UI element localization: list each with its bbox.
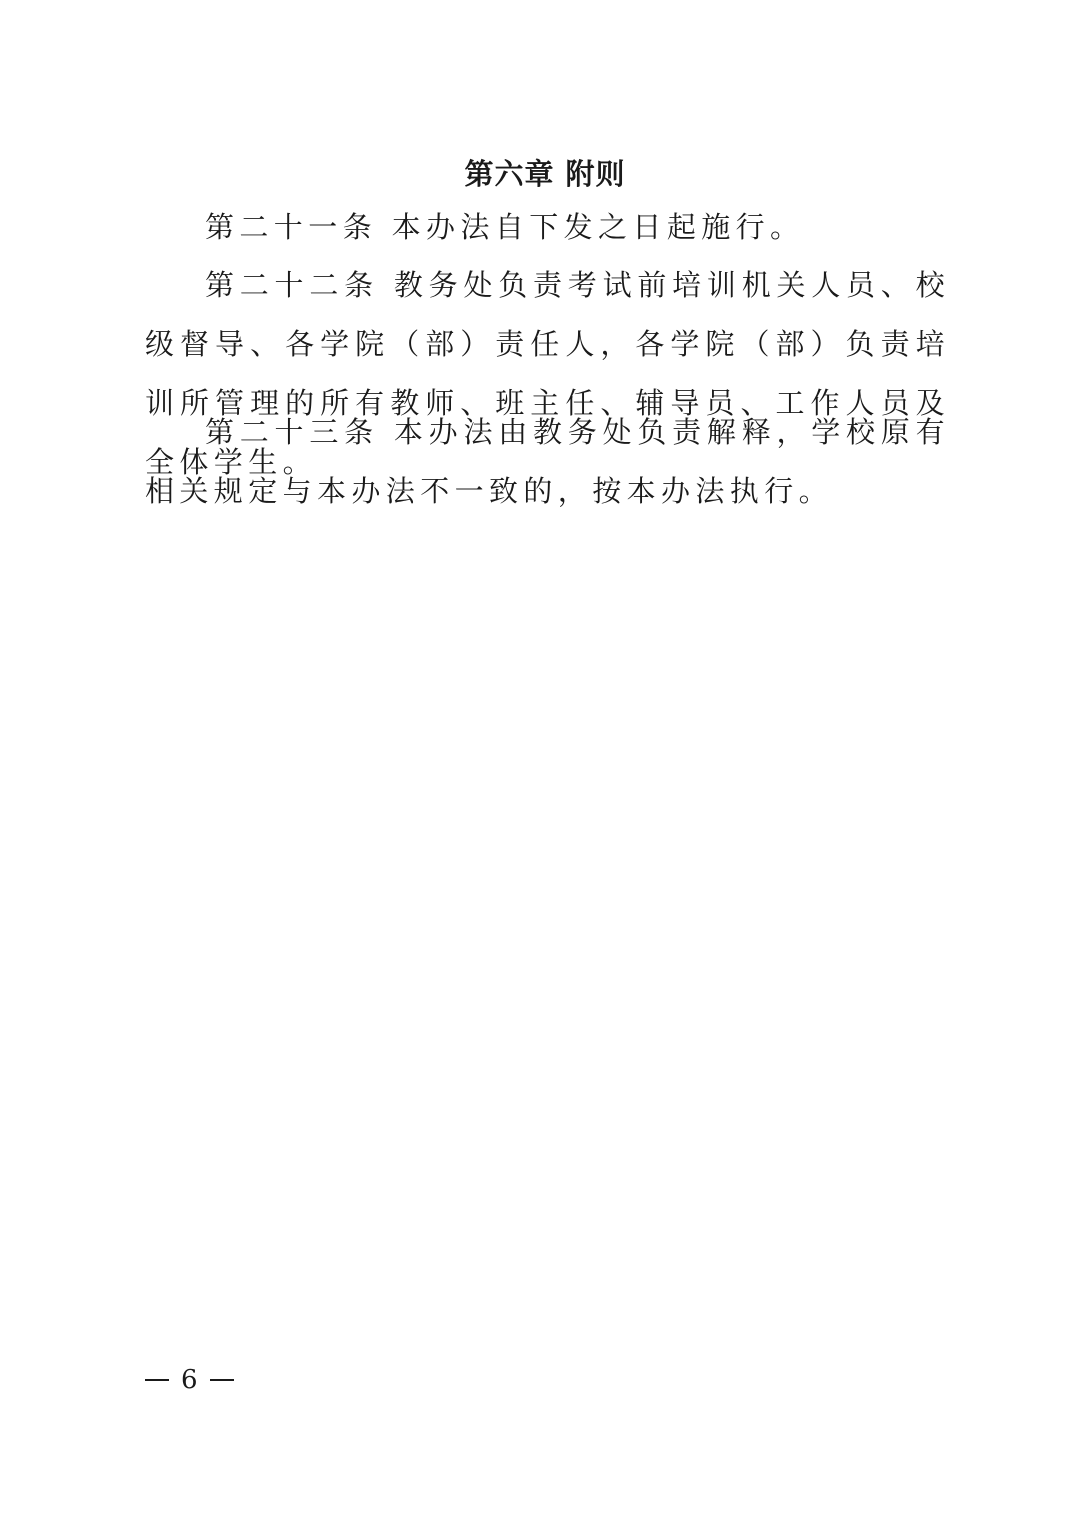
article-label: 第二十一条 xyxy=(205,210,377,244)
article-label: 第二十二条 xyxy=(205,268,379,302)
article-21: 第二十一条 本办法自下发之日起施行。 xyxy=(145,198,950,257)
chapter-title: 第六章 附则 xyxy=(0,152,1080,196)
page-number: 6 xyxy=(181,1360,198,1400)
document-page: 第六章 附则 第二十一条 本办法自下发之日起施行。 第二十二条 教务处负责考试前… xyxy=(0,0,1080,1517)
dash-left-decoration xyxy=(145,1379,169,1381)
dash-right-decoration xyxy=(210,1379,234,1381)
article-text: 本办法自下发之日起施行。 xyxy=(377,210,804,244)
page-number-footer: 6 xyxy=(145,1360,234,1400)
article-23: 第二十三条 本办法由教务处负责解释，学校原有相关规定与本办法不一致的，按本办法执… xyxy=(145,403,950,521)
article-label: 第二十三条 xyxy=(205,415,379,449)
